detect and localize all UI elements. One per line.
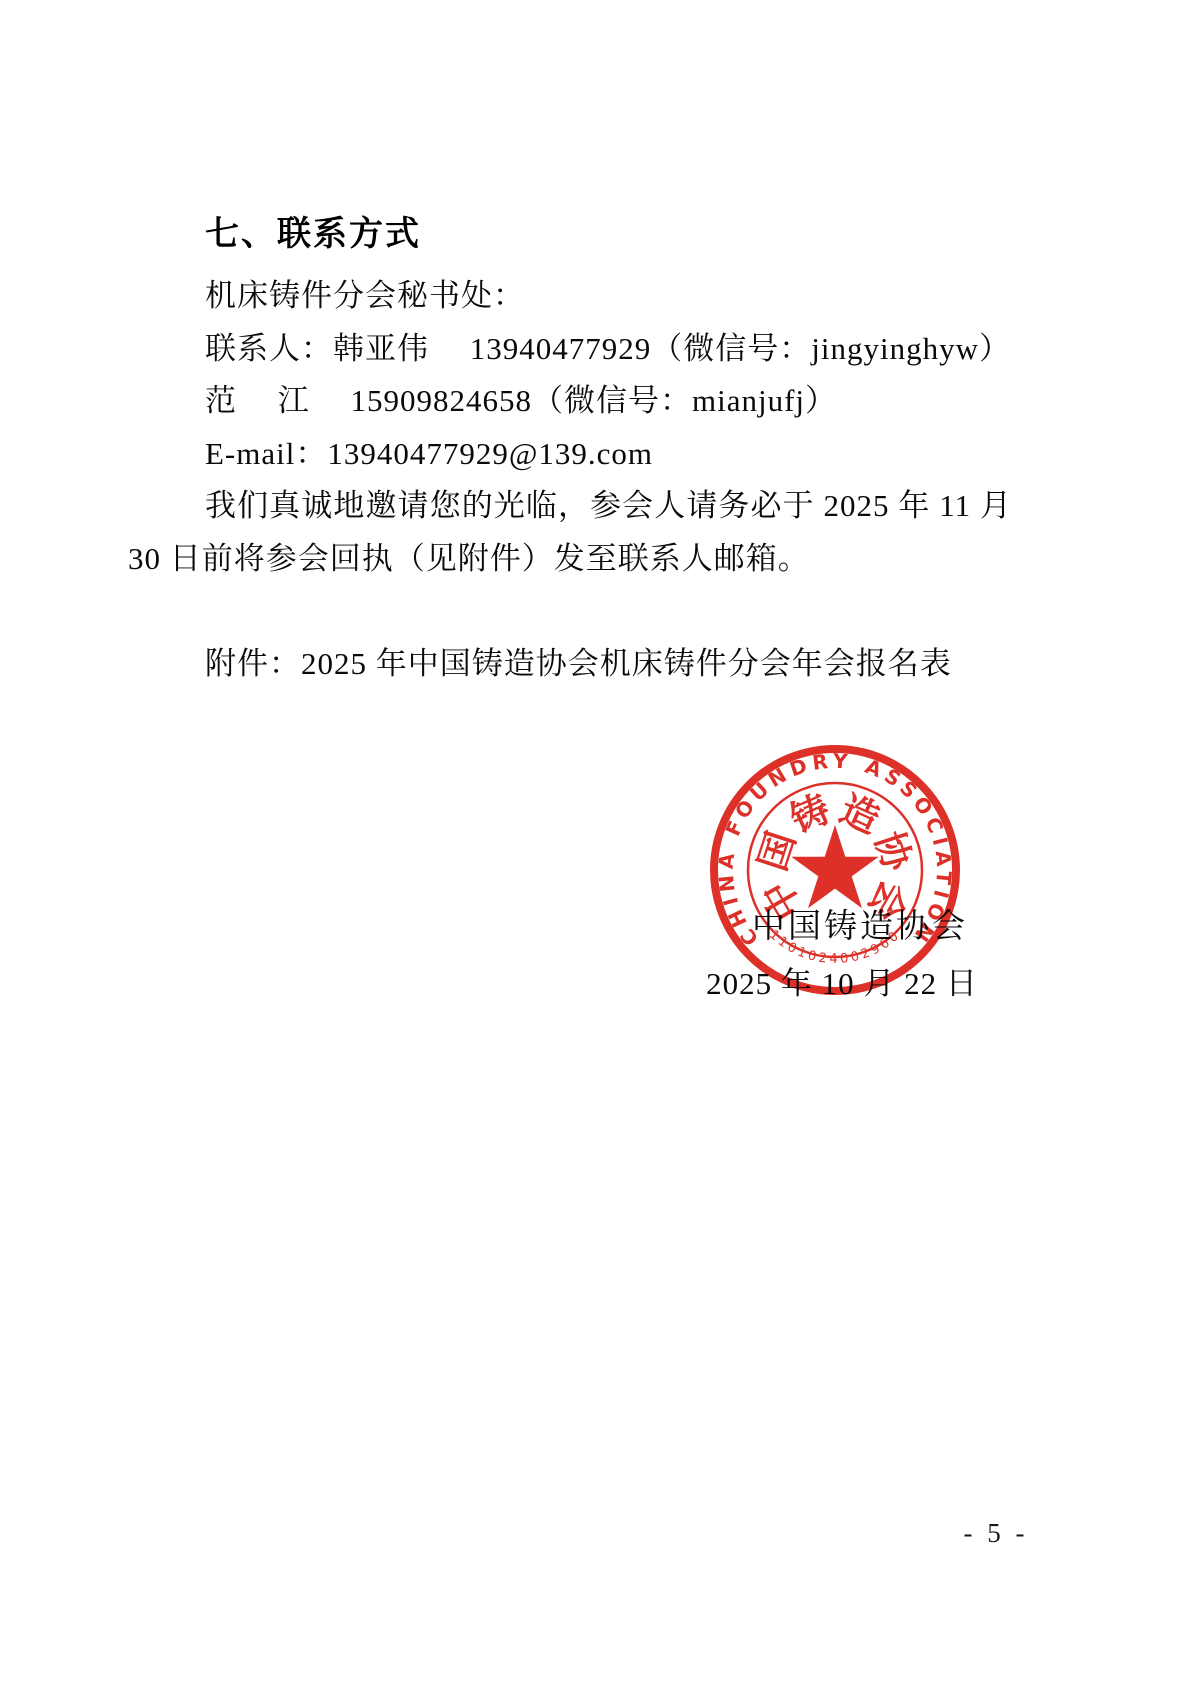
seal-char-xie: 协: [866, 827, 918, 878]
contact-person-line: 联系人：韩亚伟 13940477929（微信号：jingyinghyw）: [128, 323, 1012, 376]
page-number: - 5 -: [964, 1518, 1029, 1549]
attachment-line: 附件：2025 年中国铸造协会机床铸件分会年会报名表: [128, 638, 1012, 691]
invitation-paragraph-line-2: 30 日前将参会回执（见附件）发至联系人邮箱。: [128, 533, 1012, 586]
section-contact-info: 七、联系方式 机床铸件分会秘书处： 联系人：韩亚伟 13940477929（微信…: [128, 210, 1012, 690]
document-page: 七、联系方式 机床铸件分会秘书处： 联系人：韩亚伟 13940477929（微信…: [0, 0, 1200, 1697]
secretariat-line: 机床铸件分会秘书处：: [128, 270, 1012, 323]
seal-char-zao: 造: [833, 788, 885, 842]
seal-char-guo: 国: [752, 827, 804, 876]
section-heading: 七、联系方式: [205, 210, 1012, 258]
official-seal-stamp: CHINA FOUNDRY ASSOCIATION 1101024002960 …: [705, 740, 965, 1000]
invitation-paragraph-line-1: 我们真诚地邀请您的光临，参会人请务必于 2025 年 11 月: [128, 480, 1012, 533]
contact-person-line-2: 范 江 15909824658（微信号：mianjufj）: [128, 375, 1012, 428]
email-line: E-mail：13940477929@139.com: [128, 428, 1012, 481]
seal-code-arc-text: 1101024002960: [766, 927, 904, 967]
blank-line: [128, 585, 1012, 638]
seal-char-zhu: 铸: [785, 788, 837, 842]
